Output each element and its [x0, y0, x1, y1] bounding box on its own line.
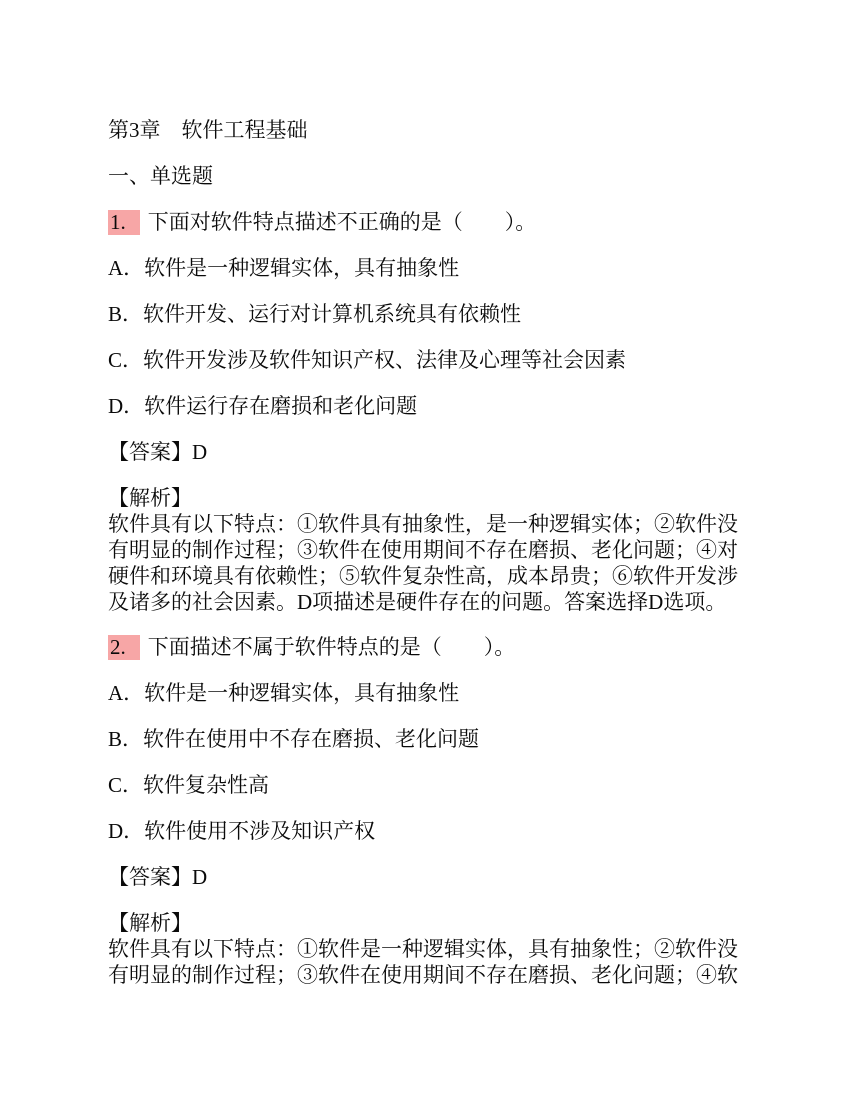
question-1-stem-row: 1.下面对软件特点描述不正确的是（ ）。: [108, 209, 748, 236]
question-2-number-highlight: 2.: [108, 635, 140, 660]
question-1-option-b: B．软件开发、运行对计算机系统具有依赖性: [108, 301, 748, 328]
document-content: 第3章 软件工程基础 一、单选题 1.下面对软件特点描述不正确的是（ ）。 A．…: [108, 117, 748, 1007]
analysis-label: 【解析】: [108, 910, 748, 936]
analysis-label: 【解析】: [108, 485, 748, 511]
question-2-answer-row: 【答案】D: [108, 864, 748, 891]
section-heading: 一、单选题: [108, 163, 748, 190]
question-2-stem-row: 2.下面描述不属于软件特点的是（ ）。: [108, 634, 748, 661]
question-2-option-c: C．软件复杂性高: [108, 772, 748, 799]
question-2-analysis-text: 软件具有以下特点：①软件是一种逻辑实体，具有抽象性；②软件没有明显的制作过程；③…: [108, 937, 738, 987]
question-2-option-a: A．软件是一种逻辑实体，具有抽象性: [108, 680, 748, 707]
question-2-option-d: D．软件使用不涉及知识产权: [108, 818, 748, 845]
question-1-option-a: A．软件是一种逻辑实体，具有抽象性: [108, 255, 748, 282]
question-1-analysis-block: 【解析】软件具有以下特点：①软件具有抽象性，是一种逻辑实体；②软件没有明显的制作…: [108, 485, 748, 615]
document-page: 第3章 软件工程基础 一、单选题 1.下面对软件特点描述不正确的是（ ）。 A．…: [0, 0, 850, 1100]
question-1-analysis-text: 软件具有以下特点：①软件具有抽象性，是一种逻辑实体；②软件没有明显的制作过程；③…: [108, 512, 738, 614]
answer-label: 【答案】: [108, 440, 192, 464]
answer-label: 【答案】: [108, 865, 192, 889]
question-2-analysis-block: 【解析】软件具有以下特点：①软件是一种逻辑实体，具有抽象性；②软件没有明显的制作…: [108, 910, 748, 988]
question-1-stem: 下面对软件特点描述不正确的是（ ）。: [148, 210, 537, 234]
question-2-stem: 下面描述不属于软件特点的是（ ）。: [148, 635, 516, 659]
chapter-title: 第3章 软件工程基础: [108, 117, 748, 144]
question-1-number-highlight: 1.: [108, 210, 140, 235]
question-1-answer-value: D: [192, 440, 207, 464]
question-2-answer-value: D: [192, 865, 207, 889]
question-1-option-c: C．软件开发涉及软件知识产权、法律及心理等社会因素: [108, 347, 748, 374]
question-2-option-b: B．软件在使用中不存在磨损、老化问题: [108, 726, 748, 753]
question-1-option-d: D．软件运行存在磨损和老化问题: [108, 393, 748, 420]
question-1-answer-row: 【答案】D: [108, 439, 748, 466]
